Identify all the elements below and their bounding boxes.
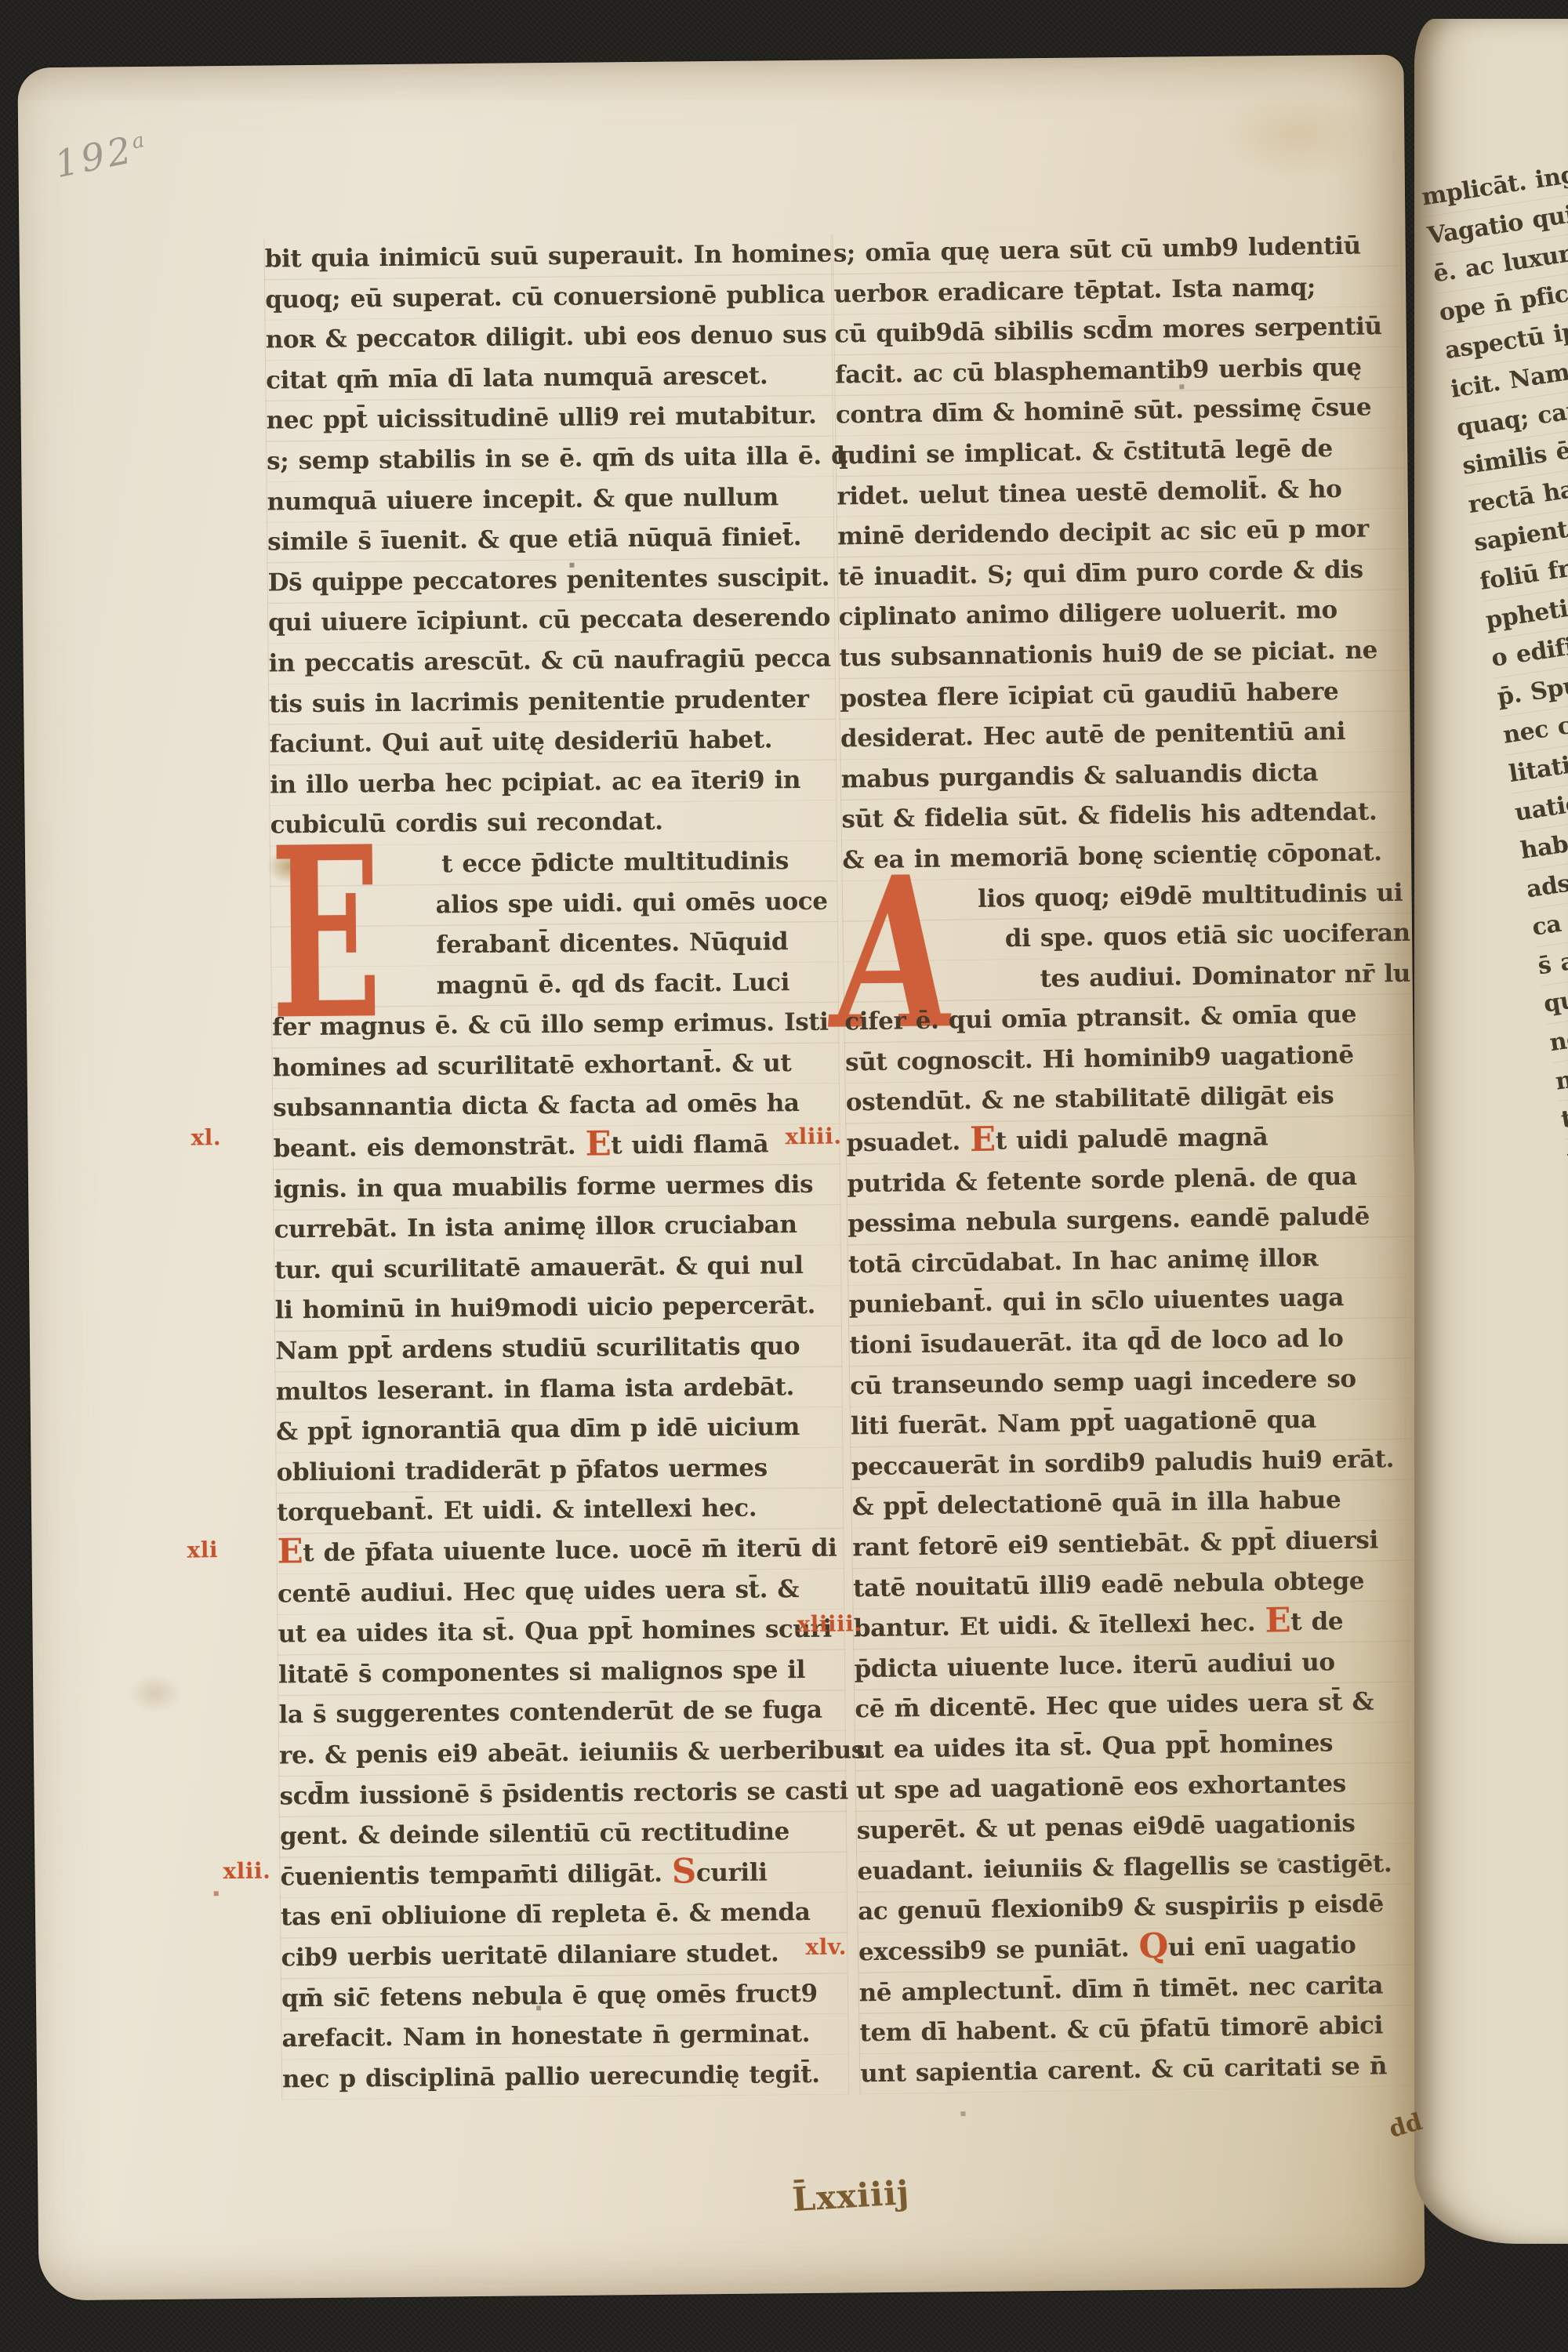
recto-page: 192a E A bit quia inimicū suū superauit.… [17,55,1425,2301]
manuscript-photo: 192a E A bit quia inimicū suū superauit.… [0,0,1568,2352]
manuscript-line: desiderat. Hec autē de penitentiū ani [840,711,1409,760]
manuscript-line: litatē s̄ componentes si malignos spe il [278,1650,844,1696]
manuscript-line: tes audiui. Dominator nr̄ lu [1040,953,1412,1000]
manuscript-line: re. & penis ei9 abeāt. ieiuniis & uerber… [279,1730,845,1777]
folio-number: L̄xxiiij [791,2173,910,2219]
manuscript-line: in illo uerba hec pcipiat. ac ea īteri9 … [270,760,836,806]
manuscript-line: Nam ppt̄ ardens studiū scurilitatis quo [275,1327,841,1373]
manuscript-line: ignis. in qua muabilis forme uermes dis [274,1164,840,1210]
manuscript-line: tis suis in lacrimis penitentie prudente… [269,679,835,725]
manuscript-line: Et de p̄fata uiuente luce. uocē m̄ iterū… [277,1529,843,1575]
manuscript-line: faciunt. Qui aut̄ uitę desideriū habet. [269,720,835,766]
manuscript-line: arefacit. Nam in honestate n̄ germinat. [281,2014,848,2060]
manuscript-line: ferabant̄ dicentes. Nūquid [436,922,837,967]
marginal-chapter-number: xl. [191,1124,221,1150]
manuscript-line: di spe. quos etiā sic uociferan [1004,913,1411,960]
manuscript-line: subsannantia dicta & facta ad omēs ha [273,1083,839,1130]
marginal-chapter-number: xlii. [223,1858,270,1885]
manuscript-line: in peccatis arescūt. & cū naufragiū pecc… [268,639,834,685]
manuscript-line: gent. & deinde silentiū cū rectitudine [280,1812,846,1858]
manuscript-line: la s̄ suggerentes contenderūt de se fuga [278,1690,844,1737]
manuscript-line: Ds̄ quippe peccatores penitentes suscipi… [267,557,833,604]
manuscript-line: noʀ & peccatoʀ diligit. ubi eos denuo su… [265,315,831,361]
manuscript-line: scd̄m iussionē s̄ p̄sidentis rectoris se… [279,1771,845,1817]
marginal-chapter-number: xliii. [785,1123,841,1150]
manuscript-line: homines ad scurilitatē exhortant̄. & ut [272,1043,838,1089]
manuscript-line: citat qm̄ mīa dī lata numquā arescet. [266,355,832,401]
manuscript-line: numquā uiuere incepit. & que nullum [267,477,833,523]
manuscript-line: unt sapientia carent. & cū caritati se n… [860,2045,1428,2094]
facing-page-text: mplicāt. ingute scientiaVagatio quippe u… [1419,122,1568,1947]
manuscript-line: & ppt̄ ignorantiā qua dīm p idē uicium [276,1407,842,1454]
manuscript-line: currebāt. In ista animę illoʀ cruciaban [274,1205,840,1251]
marginal-chapter-numbers: xl.xlixlii.xliii.xliiii.xlv. [17,55,1403,68]
manuscript-line: tas enī obliuione dī repleta ē. & menda [281,1893,847,1939]
manuscript-line: centē audiui. Hec quę uides uera st̄. & [278,1569,844,1615]
rubric-initial: E [1265,1600,1290,1640]
rubric-initial: E [585,1123,611,1163]
manuscript-line: tur. qui scurilitatē amauerāt. & qui nul [274,1245,840,1291]
manuscript-line: cē m̄ dicentē. Hec que uides uera st̄ & [855,1682,1423,1730]
manuscript-line: beant. eis demonstrāt. Et uidi flamā [273,1124,839,1171]
parchment-specks [17,68,19,70]
manuscript-line: quoq; eū superat. cū conuersionē publica [265,274,831,321]
marginal-chapter-number: xli [187,1537,218,1563]
manuscript-line: ostendūt. & ne stabilitatē diligāt eis [846,1075,1414,1123]
manuscript-line: nec ppt̄ uicissitudinē ulli9 rei mutabit… [266,396,832,442]
rubric-initial: Q [1138,1926,1168,1966]
manuscript-line: li hominū in hui9modi uicio pepercerāt. [274,1286,840,1332]
manuscript-line: nec p disciplinā pallio uerecundię tegit… [282,2054,848,2100]
manuscript-line: magnū ē. qd ds facit. Luci [436,962,837,1007]
manuscript-line: t ecce p̄dicte multitudinis [441,840,837,884]
left-text-column: bit quia inimicū suū superauit. In homin… [263,234,849,2100]
manuscript-line: alios spe uidi. qui omēs uoce [435,881,837,926]
manuscript-line: torquebant̄. Et uidi. & intellexi hec. [277,1488,843,1534]
manuscript-line: pessima nebula surgens. eandē paludē [848,1196,1416,1245]
manuscript-line: qm̄ sic̄ fetens nebula ē quę omēs fruct9 [281,1973,848,2020]
manuscript-line: ut ea uides ita st̄. Qua ppt̄ homines sc… [278,1610,844,1656]
manuscript-line: s; omīa quę uera sūt cū umb9 ludentiū [833,226,1401,274]
right-text-column: s; omīa quę uera sūt cū umb9 ludentiūuer… [832,226,1428,2095]
manuscript-line: bantur. Et uidi. & ītellexi hec. Et de [853,1601,1421,1650]
facing-page-edge: mplicāt. ingute scientiaVagatio quippe u… [1414,19,1568,2244]
parchment-stain [127,1674,182,1714]
manuscript-line: lios quoq; ei9dē multitudinis ui [978,873,1411,920]
manuscript-line: obliuioni tradiderāt p p̄fatos uermes [276,1447,842,1494]
manuscript-line: multos leserant. in flama ista ardebāt. [275,1367,841,1413]
marginal-chapter-number: xlv. [805,1934,847,1961]
pencil-page-number-main: 192 [51,129,138,187]
parchment-stain [1218,86,1375,182]
manuscript-line: cubiculū cordis sui recondat. [270,800,836,847]
rubric-initial: E [277,1531,303,1571]
manuscript-line: qui uiuere īcipiunt. cū peccata deserend… [268,598,834,644]
manuscript-line: cū transeundo semp uagi incedere so [850,1358,1418,1406]
rubric-initial: E [970,1120,996,1160]
marginal-chapter-number: xliiii. [797,1610,862,1637]
pencil-page-number: 192a [51,125,153,187]
manuscript-line: simile s̄ īuenit. & que etiā nūquā finie… [267,517,833,564]
manuscript-line: c̄uenientis tempam̄ti diligāt. Scurili [280,1852,846,1898]
manuscript-line: bit quia inimicū suū superauit. In homin… [264,234,830,281]
manuscript-line: s; semp stabilis in se ē. qm̄ ds uita il… [267,437,833,483]
rubric-initial: S [672,1851,696,1891]
manuscript-line: fer magnus ē. & cū illo semp erimus. Ist… [272,1003,838,1049]
manuscript-line: cib9 uerbis ueritatē dilaniare studet. [281,1933,847,1979]
